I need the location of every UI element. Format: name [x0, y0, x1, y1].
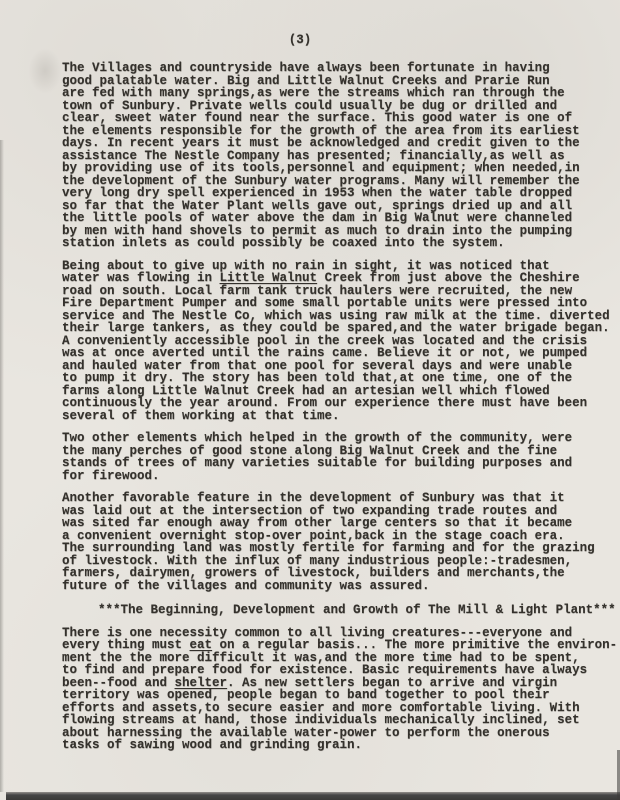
scanned-page: (3) The Villages and countryside have al…	[0, 0, 620, 800]
paragraph: Two other elements which helped in the g…	[62, 432, 618, 482]
text-line: by providing use of its tools,personnel …	[62, 162, 618, 175]
text-line: days. In recent years it must be acknowl…	[62, 137, 618, 150]
text-line: territory was opened, people began to ba…	[62, 689, 618, 702]
text-line: tasks of sawing wood and grinding grain.	[62, 739, 618, 752]
text-line: Two other elements which helped in the g…	[62, 432, 618, 445]
paragraph: There is one necessity common to all liv…	[62, 627, 618, 752]
page-number: (3)	[230, 33, 370, 47]
text-line: to find and prepare food for existence. …	[62, 664, 618, 677]
text-line: The surrounding land was mostly fertile …	[62, 542, 618, 555]
underlined-text: eat	[190, 638, 213, 652]
paragraph: Being about to give up with no rain in s…	[62, 260, 618, 423]
text-line: several of them working at that time.	[62, 410, 618, 423]
scan-edge-left	[0, 140, 4, 792]
scan-smudge	[28, 48, 62, 94]
text-line: every thing must eat on a regular basis.…	[62, 639, 618, 652]
text-line: to pump it dry. The story has been told …	[62, 372, 618, 385]
text-line: Fire Department Pumper and some small po…	[62, 297, 618, 310]
page-content: The Villages and countryside have always…	[62, 62, 618, 762]
text-line: ***The Beginning, Development and Growth…	[98, 604, 618, 617]
text-line: Another favorable feature in the develop…	[62, 492, 618, 505]
text-line: station inlets as could possibly be coax…	[62, 237, 618, 250]
text-line: The Villages and countryside have always…	[62, 62, 618, 75]
paragraph: Another favorable feature in the develop…	[62, 492, 618, 592]
text-line: continuously the year around. From our e…	[62, 397, 618, 410]
text-line: was at once averted until the rains came…	[62, 347, 618, 360]
section-heading: ***The Beginning, Development and Growth…	[98, 604, 618, 617]
text-line: farmers, dairymen, growers of livestock,…	[62, 567, 618, 580]
text-line: future of the villages and community was…	[62, 580, 618, 593]
text-line: flowing streams at hand, those individua…	[62, 714, 618, 727]
text-line: are fed with many springs,as were the st…	[62, 87, 618, 100]
paragraph: The Villages and countryside have always…	[62, 62, 618, 250]
text-line: the little pools of water above the dam …	[62, 212, 618, 225]
underlined-text: Little Walnut	[220, 271, 318, 285]
text-line: was sited far enough away from other lar…	[62, 517, 618, 530]
text-line: their large tankers, as they could be sp…	[62, 322, 618, 335]
text-line: water was flowing in Little Walnut Creek…	[62, 272, 618, 285]
text-line: very long dry spell experienced in 1953 …	[62, 187, 618, 200]
text-line: stands of trees of many varieties suitab…	[62, 457, 618, 470]
text-line: for firewood.	[62, 470, 618, 483]
scan-edge-bottom	[6, 792, 620, 800]
text-line: clear, sweet water found near the surfac…	[62, 112, 618, 125]
